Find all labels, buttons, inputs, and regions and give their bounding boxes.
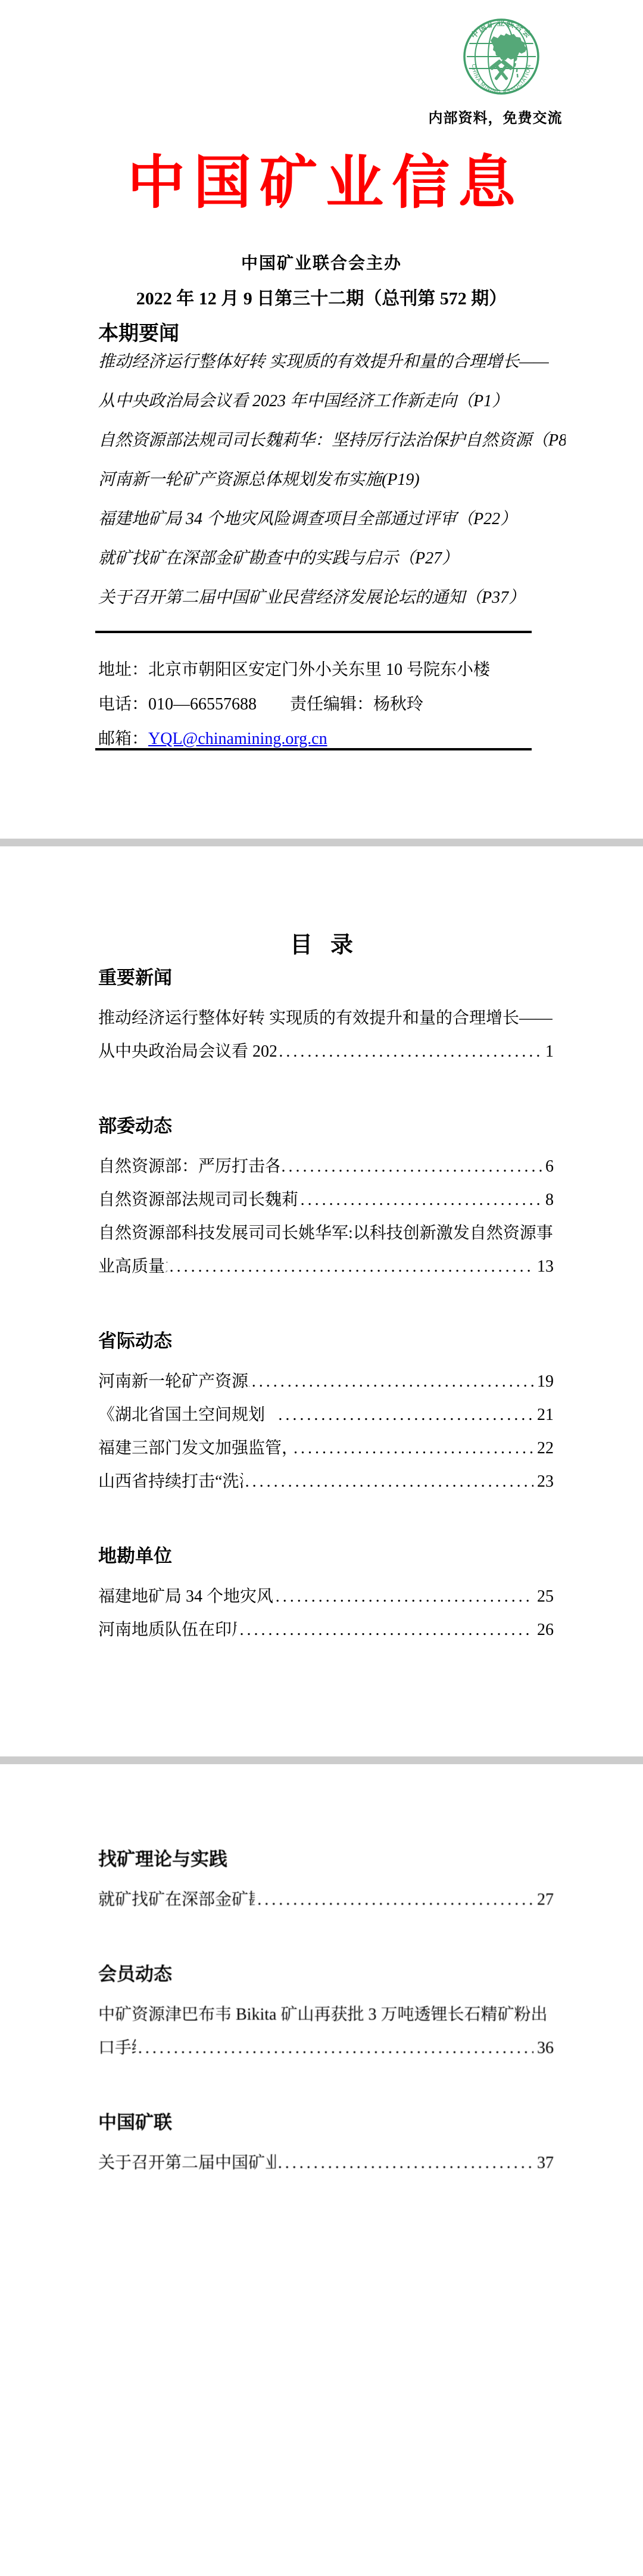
dot-leader <box>245 1472 533 1491</box>
toc-section-header: 地勘单位 <box>98 1546 554 1566</box>
toc-item-text: 推动经济运行整体好转 实现质的有效提升和量的合理增长—— <box>98 1008 553 1028</box>
toc-page-number: 27 <box>537 1890 554 1910</box>
toc-row: 山西省持续打击“洗洞”盗采金矿行为23 <box>98 1472 554 1491</box>
toc-section-header: 会员动态 <box>98 1964 554 1985</box>
toc-page-number: 21 <box>537 1405 554 1425</box>
toc-title: 目录 <box>0 932 643 958</box>
toc-page-number: 23 <box>537 1472 554 1491</box>
toc-row: 福建三部门发文加强监管，事关煤矿及重点非煤矿山安全..22 <box>98 1438 554 1458</box>
toc-item-text: 自然资源部法规司司长魏莉华：坚持厉行法治保护自然资源. <box>98 1190 298 1210</box>
divider-rule <box>95 748 532 750</box>
editor-label: 责任编辑：杨秋玲 <box>290 695 423 714</box>
toc-page-number: 13 <box>537 1257 554 1276</box>
page-separator <box>0 839 643 846</box>
globe-hammers-logo-icon: 中国矿业联合会 CHINA MINING ASSOCIATION <box>457 11 546 100</box>
toc-page-number: 26 <box>537 1620 554 1640</box>
highlight-item: 关于召开第二届中国矿业民营经济发展论坛的通知（P37） <box>98 587 566 609</box>
phone-editor-line: 电话：010—66557688责任编辑：杨秋玲 <box>98 694 490 715</box>
address-line: 地址：北京市朝阳区安定门外小关东里 10 号院东小楼 <box>98 660 490 680</box>
toc-item-text: 关于召开第二届中国矿业民营经济发展论坛的通知 <box>98 2153 276 2173</box>
highlight-item: 福建地矿局 34 个地灾风险调查项目全部通过评审（P22） <box>98 509 566 530</box>
toc-item-text: 口手续 <box>98 2038 136 2058</box>
toc-row: 就矿找矿在深部金矿勘查中的实践与启示27 <box>98 1890 554 1910</box>
toc-row: 自然资源部科技发展司司长姚华军:以科技创新激发自然资源事 <box>98 1223 554 1243</box>
toc-page-number: 36 <box>537 2038 554 2058</box>
toc-section-header: 找矿理论与实践 <box>98 1849 554 1870</box>
toc-item-text: 福建三部门发文加强监管，事关煤矿及重点非煤矿山安全.. <box>98 1438 291 1458</box>
toc-list: 找矿理论与实践 就矿找矿在深部金矿勘查中的实践与启示27 会员动态 中矿资源津巴… <box>0 1849 643 2173</box>
publication-title: 中国矿业信息 <box>0 150 643 217</box>
toc-section-header: 部委动态 <box>98 1116 554 1136</box>
phone-label: 电话：010—66557688 <box>98 695 257 714</box>
toc-item-text: 福建地矿局 34 个地灾风险调查项目全部通过评审 <box>98 1587 273 1606</box>
publisher-line: 中国矿业联合会主办 <box>0 250 643 274</box>
dot-leader <box>257 1890 533 1910</box>
dot-leader <box>279 1042 542 1061</box>
toc-row: 中矿资源津巴布韦 Bikita 矿山再获批 3 万吨透锂长石精矿粉出 <box>98 2005 554 2024</box>
toc-row: 推动经济运行整体好转 实现质的有效提升和量的合理增长—— <box>98 1008 554 1028</box>
highlight-item: 推动经济运行整体好转 实现质的有效提升和量的合理增长—— <box>98 351 566 373</box>
toc-row: 福建地矿局 34 个地灾风险调查项目全部通过评审25 <box>98 1587 554 1606</box>
toc-item-text: 山西省持续打击“洗洞”盗采金矿行为 <box>98 1472 243 1491</box>
toc-row: 口手续36 <box>98 2038 554 2058</box>
page-separator <box>0 1756 643 1764</box>
toc-item-text: 中矿资源津巴布韦 Bikita 矿山再获批 3 万吨透锂长石精矿粉出 <box>98 2005 547 2024</box>
dot-leader <box>301 1190 542 1210</box>
toc-page-number: 25 <box>537 1587 554 1606</box>
toc-page-number: 6 <box>545 1157 554 1176</box>
internal-material-notice: 内部资料，免费交流 <box>424 106 567 127</box>
dot-leader <box>276 1587 533 1606</box>
divider-rule <box>95 631 532 633</box>
toc-item-text: 从中央政治局会议看 2023 年中国经济工作新走向 <box>98 1042 276 1061</box>
toc-row: 从中央政治局会议看 2023 年中国经济工作新走向1 <box>98 1042 554 1061</box>
dot-leader <box>278 2153 533 2173</box>
toc-page-number: 1 <box>545 1042 554 1061</box>
toc-item-text: 《湖北省国土空间规划（2021-2035 年）》通过评审 <box>98 1405 276 1425</box>
document-canvas: { "colors": { "title_red": "#fe0000", "l… <box>0 0 643 2576</box>
nine-dash-line <box>514 63 518 77</box>
toc-row: 自然资源部法规司司长魏莉华：坚持厉行法治保护自然资源.8 <box>98 1190 554 1210</box>
toc-page-number: 19 <box>537 1372 554 1391</box>
highlight-item: 从中央政治局会议看 2023 年中国经济工作新走向（P1） <box>98 391 566 412</box>
toc-list: 重要新闻 推动经济运行整体好转 实现质的有效提升和量的合理增长—— 从中央政治局… <box>0 968 643 1640</box>
toc-row: 河南地质队伍在印尼发现大型镍矿26 <box>98 1620 554 1640</box>
toc-row: 关于召开第二届中国矿业民营经济发展论坛的通知37 <box>98 2153 554 2173</box>
dot-leader <box>278 1405 533 1425</box>
issue-date-line: 2022 年 12 月 9 日第三十二期（总刊第 572 期） <box>0 284 643 310</box>
toc-item-text: 河南新一轮矿产资源总体规划发布实施 <box>98 1372 249 1391</box>
toc-item-text: 自然资源部科技发展司司长姚华军:以科技创新激发自然资源事 <box>98 1223 553 1243</box>
toc-section-header: 重要新闻 <box>98 968 554 988</box>
toc-item-text: 业高质量发展 <box>98 1257 167 1276</box>
dot-leader <box>170 1257 533 1276</box>
toc-page-number: 37 <box>537 2153 554 2173</box>
email-link[interactable]: YQL@chinamining.org.cn <box>148 730 327 748</box>
toc-item-text: 河南地质队伍在印尼发现大型镍矿 <box>98 1620 237 1640</box>
email-line: 邮箱：YQL@chinamining.org.cn <box>98 729 490 749</box>
toc-page-number: 8 <box>545 1190 554 1210</box>
cover-page: 中国矿业联合会 CHINA MINING ASSOCIATION 内部资料，免费… <box>0 0 643 839</box>
highlight-item: 自然资源部法规司司长魏莉华：坚持厉行法治保护自然资源（P8） <box>98 430 566 451</box>
dot-leader <box>282 1157 542 1176</box>
highlight-item: 河南新一轮矿产资源总体规划发布实施(P19) <box>98 469 566 491</box>
toc-row: 河南新一轮矿产资源总体规划发布实施19 <box>98 1372 554 1391</box>
dot-leader <box>138 2038 533 2058</box>
toc-row: 自然资源部：严厉打击各类自然资源违法违规行为6 <box>98 1157 554 1176</box>
toc-page: 目录 重要新闻 推动经济运行整体好转 实现质的有效提升和量的合理增长—— 从中央… <box>0 846 643 1756</box>
crossed-hammers <box>489 59 514 83</box>
dot-leader <box>239 1620 533 1640</box>
email-label: 邮箱： <box>98 730 148 748</box>
toc-row: 业高质量发展13 <box>98 1257 554 1276</box>
dot-leader <box>252 1372 533 1391</box>
toc-item-text: 就矿找矿在深部金矿勘查中的实践与启示 <box>98 1890 255 1910</box>
highlights-header: 本期要闻 <box>98 317 179 346</box>
toc-item-text: 自然资源部：严厉打击各类自然资源违法违规行为 <box>98 1157 279 1176</box>
toc-row: 《湖北省国土空间规划（2021-2035 年）》通过评审21 <box>98 1405 554 1425</box>
toc-page-continued: 找矿理论与实践 就矿找矿在深部金矿勘查中的实践与启示27 会员动态 中矿资源津巴… <box>0 1764 643 2576</box>
association-logo: 中国矿业联合会 CHINA MINING ASSOCIATION <box>457 11 546 100</box>
dot-leader <box>294 1438 533 1458</box>
toc-section-header: 中国矿联 <box>98 2113 554 2133</box>
toc-section-header: 省际动态 <box>98 1331 554 1351</box>
highlight-item: 就矿找矿在深部金矿勘查中的实践与启示（P27） <box>98 548 566 569</box>
toc-page-number: 22 <box>537 1438 554 1458</box>
highlights-list: 推动经济运行整体好转 实现质的有效提升和量的合理增长—— 从中央政治局会议看 2… <box>98 351 566 627</box>
